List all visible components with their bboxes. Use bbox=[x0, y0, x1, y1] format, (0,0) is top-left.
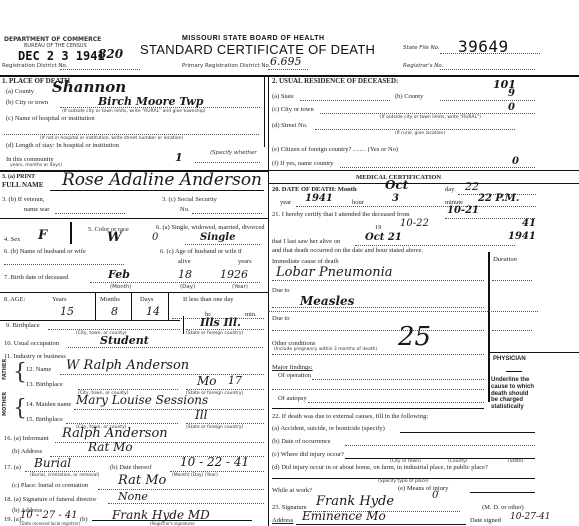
age-col-divider-1 bbox=[95, 292, 96, 320]
father-name-label: 12. Name bbox=[26, 366, 51, 373]
residence-county-line bbox=[440, 100, 535, 101]
state-file-label: State File No. bbox=[403, 45, 440, 51]
immediate-cause-label: Immediate cause of death bbox=[272, 258, 339, 265]
social-security-line bbox=[192, 213, 262, 214]
city-value: Birch Moore Twp bbox=[98, 95, 203, 108]
residence-city-line bbox=[320, 113, 535, 114]
community-line bbox=[195, 162, 260, 163]
duration-column-divider bbox=[488, 252, 490, 402]
autopsy-line-2 bbox=[272, 408, 484, 409]
physician-address-label: Address bbox=[272, 517, 293, 524]
veteran-label: 3. (b) If veteran, bbox=[2, 196, 44, 203]
date-of-death-label: 20. DATE OF DEATH: Month bbox=[272, 186, 357, 193]
received-stamp-date: DEC 2 3 1941 bbox=[18, 49, 105, 63]
death-day-value: 22 bbox=[465, 180, 479, 193]
physician-signature-code: 0 bbox=[432, 490, 438, 501]
burial-date-note: (Month) (Day) (Year) bbox=[172, 473, 218, 478]
mother-birthplace-state-note: (State or foreign country) bbox=[186, 425, 243, 430]
sex-code-bar bbox=[70, 222, 72, 244]
cause-code: 25 bbox=[398, 322, 431, 352]
burial-place-label: (c) Place: burial or cremation bbox=[12, 482, 88, 489]
mother-maiden-line bbox=[74, 409, 264, 410]
physician-box-title: PHYSICIAN bbox=[493, 356, 526, 362]
mother-birthplace-city-line bbox=[66, 423, 178, 424]
age-divider bbox=[0, 320, 180, 321]
native-country-value: 0 bbox=[512, 156, 519, 167]
death-minute-value: 22 P.M. bbox=[478, 193, 519, 204]
hospital-label: (c) Name of hospital or institution bbox=[6, 115, 95, 122]
social-security-label: 3. (c) Social Security bbox=[162, 196, 217, 203]
last-saw-label: that I last saw her alive on bbox=[272, 238, 340, 245]
city-note: (If outside city or town limits, write "… bbox=[62, 109, 206, 114]
residence-city-note: (If outside city or town limits, write "… bbox=[380, 115, 481, 120]
father-name-value: W Ralph Anderson bbox=[66, 358, 189, 373]
injury-place-note: (Specify type of place) bbox=[378, 479, 429, 484]
usual-residence-label: 2. USUAL RESIDENCE OF DECEASED: bbox=[272, 77, 398, 85]
attended-to-label: 19 bbox=[375, 224, 382, 231]
father-birthplace-code: 17 bbox=[228, 374, 242, 387]
length-of-stay-label: (d) Length of stay: In hospital or insti… bbox=[6, 142, 119, 149]
native-country-line bbox=[340, 167, 535, 168]
accident-line bbox=[400, 432, 535, 433]
street-note: (If rural, give location) bbox=[395, 131, 445, 136]
length-of-stay-note: (Specify whether bbox=[210, 150, 257, 156]
funeral-director-label: 18. (a) Signature of funeral director bbox=[4, 496, 96, 503]
marital-status-value: Single bbox=[200, 232, 235, 243]
birth-year-label: (Year) bbox=[232, 284, 248, 290]
age-header-days: Days bbox=[140, 296, 153, 303]
operation-line bbox=[312, 379, 484, 380]
alive-label: alive bbox=[178, 258, 191, 265]
sex-value: F bbox=[38, 228, 47, 243]
birth-day-value: 18 bbox=[178, 268, 192, 281]
city-label: (b) City or town bbox=[6, 99, 48, 106]
years-label: years bbox=[238, 258, 252, 265]
accident-label: (a) Accident, suicide, or homicide (spec… bbox=[272, 425, 385, 432]
registration-district-label: Registration District No. bbox=[2, 63, 68, 69]
industry-label: 11. Industry or business bbox=[4, 353, 66, 360]
color-race-value: W bbox=[107, 230, 122, 245]
attended-to-value: 10-22 bbox=[400, 218, 429, 229]
burial-date-line bbox=[170, 471, 264, 472]
residence-city-label: (c) City or town bbox=[272, 106, 314, 113]
physician-box-top bbox=[488, 352, 579, 353]
physician-box-rule bbox=[506, 371, 522, 372]
burial-note: (Burial, cremation, or removal) bbox=[30, 473, 99, 478]
while-at-work-label: While at work? bbox=[272, 487, 312, 494]
physician-signature: Frank Hyde bbox=[316, 494, 394, 509]
due-to-label-1: Due to bbox=[272, 287, 290, 294]
external-causes-label: 22. If death was due to external causes,… bbox=[272, 413, 428, 420]
death-month-value: Oct bbox=[385, 178, 408, 192]
father-birthplace-state-line bbox=[186, 389, 264, 390]
mother-maiden-value: Mary Louise Sessions bbox=[76, 393, 208, 407]
sex-label: 4. Sex bbox=[4, 236, 20, 243]
md-label: (M. D. or other) bbox=[482, 504, 524, 511]
marital-code: 0 bbox=[152, 232, 158, 243]
due-to-line-2 bbox=[272, 330, 484, 331]
birthplace-label: 9. Birthplace bbox=[6, 322, 40, 329]
operation-label: Of operation bbox=[278, 372, 311, 379]
physician-box-note: Underline the cause to which death shoul… bbox=[491, 377, 535, 411]
full-name-value: Rose Adaline Anderson bbox=[62, 170, 262, 190]
mother-group-label: MOTHER bbox=[2, 392, 8, 416]
attended-label: 21. I hereby certify that I attended the… bbox=[272, 211, 410, 218]
last-saw-year: 1941 bbox=[508, 231, 536, 242]
burial-label: 17. (a) bbox=[4, 464, 21, 471]
means-of-injury-label: (e) Means of injury bbox=[398, 485, 448, 492]
age-col-divider-2 bbox=[131, 292, 132, 320]
funeral-director-value: None bbox=[118, 490, 148, 503]
age-min-label: min. bbox=[245, 311, 257, 318]
spouse-name-line bbox=[4, 264, 124, 265]
burial-date-label: (b) Date thereof bbox=[110, 464, 152, 471]
registration-district-line bbox=[60, 69, 140, 70]
attended-to-year: 41 bbox=[522, 218, 536, 229]
registrar-no-label: Registrar's No. bbox=[403, 63, 444, 69]
last-saw-value: Oct 21 bbox=[365, 232, 402, 243]
social-security-no-label: No. bbox=[180, 206, 190, 213]
burial-date-value: 10 - 22 - 41 bbox=[180, 455, 249, 469]
mother-birthplace-state: Ill bbox=[195, 408, 207, 422]
other-conditions-line bbox=[272, 354, 484, 355]
birth-date-label: 7. Birth date of deceased bbox=[4, 274, 68, 281]
immediate-duration-line bbox=[492, 280, 532, 281]
where-note-state: (State) bbox=[508, 459, 523, 464]
injury-place-label: (d) Did injury occur in or about home, o… bbox=[272, 464, 488, 471]
birth-month-label: (Month) bbox=[110, 284, 132, 290]
informant-address-label: (b) Address bbox=[12, 448, 42, 455]
autopsy-line bbox=[308, 402, 484, 403]
residence-city-value: 0 bbox=[508, 102, 515, 113]
where-injury-label: (c) Where did injury occur? bbox=[272, 451, 344, 458]
spouse-name-label: 6. (b) Name of husband or wife bbox=[4, 248, 86, 255]
certificate-title: STANDARD CERTIFICATE OF DEATH bbox=[140, 42, 375, 57]
residence-county-value: 9 bbox=[508, 88, 515, 99]
primary-registration-label: Primary Registration District No. bbox=[182, 63, 271, 69]
occupation-label: 10. Usual occupation bbox=[4, 340, 59, 347]
informant-line bbox=[55, 442, 264, 443]
community-label: In this community bbox=[6, 156, 54, 163]
age-days-value: 14 bbox=[146, 305, 160, 318]
burial-line bbox=[25, 471, 95, 472]
burial-value: Burial bbox=[34, 456, 71, 470]
column-divider-top bbox=[264, 75, 265, 147]
father-group-label: FATHER bbox=[2, 359, 8, 380]
state-file-line bbox=[440, 53, 540, 54]
department-label: DEPARTMENT OF COMMERCE bbox=[4, 36, 101, 43]
registrar-no-line bbox=[440, 69, 535, 70]
immediate-cause-line bbox=[272, 280, 484, 281]
means-of-injury-line bbox=[470, 492, 535, 493]
death-occurred-label: and that death occurred on the date and … bbox=[272, 247, 423, 254]
autopsy-label: Of autopsy bbox=[278, 395, 307, 402]
birthplace-value: Ills Ill. bbox=[200, 316, 241, 329]
birthplace-divider bbox=[183, 316, 184, 334]
registrar-b-label: (b) bbox=[80, 516, 88, 523]
birth-month-value: Feb bbox=[108, 268, 130, 281]
print-label: 3. (a) PRINT bbox=[2, 174, 35, 180]
age-header-less-than-day: If less than one day bbox=[183, 296, 234, 303]
occupation-line bbox=[68, 347, 263, 348]
death-hour-label: hour bbox=[352, 199, 364, 206]
informant-label: 16. (a) Informant bbox=[4, 435, 49, 442]
age-years-value: 15 bbox=[60, 305, 74, 318]
physician-address-line bbox=[296, 524, 466, 525]
birthplace-state-line bbox=[186, 329, 264, 330]
birthplace-state-note: (State or foreign country) bbox=[186, 331, 243, 336]
hospital-line bbox=[4, 134, 259, 135]
mother-birthplace-state-line bbox=[186, 423, 264, 424]
hospital-note: (If not in hospital or institution, writ… bbox=[40, 136, 183, 141]
mother-maiden-label: 14. Maiden name bbox=[26, 401, 71, 408]
where-injury-line bbox=[345, 458, 535, 459]
residence-county-label: (b) County bbox=[395, 93, 423, 100]
marital-line bbox=[185, 244, 260, 245]
age-col-divider-3 bbox=[168, 292, 169, 320]
citizen-label: (e) Citizen of foreign country? ........… bbox=[272, 146, 398, 153]
occupation-value: Student bbox=[100, 334, 149, 347]
due-to-duration-line bbox=[492, 330, 532, 331]
other-conditions-label: Other conditions bbox=[272, 340, 316, 347]
death-year-value: 1941 bbox=[305, 193, 333, 204]
due-to-line-1 bbox=[272, 307, 484, 308]
burial-place-value: Rat Mo bbox=[118, 473, 166, 488]
war-line bbox=[55, 213, 125, 214]
attended-from-value: 10-21 bbox=[447, 205, 479, 216]
street-line bbox=[315, 129, 515, 130]
community-value: 1 bbox=[175, 151, 183, 164]
community-note: years, months or days) bbox=[10, 163, 62, 168]
street-label: (d) Street No. bbox=[272, 122, 308, 129]
age-months-value: 8 bbox=[111, 305, 118, 318]
birth-divider bbox=[0, 292, 268, 293]
native-country-label: (f) If yes, name country bbox=[272, 160, 334, 167]
duration-label: Duration bbox=[493, 256, 517, 263]
state-label: (a) State bbox=[272, 93, 294, 100]
informant-address-value: Rat Mo bbox=[88, 440, 133, 454]
father-birthplace-label: 13. Birthplace bbox=[26, 381, 63, 388]
major-findings-label: Major findings: bbox=[272, 364, 313, 371]
registrar-signature-note: (Registrar's signature) bbox=[150, 521, 195, 526]
stamp-code: 820 bbox=[98, 47, 123, 61]
name-divider bbox=[0, 218, 268, 219]
primary-registration-line bbox=[268, 69, 308, 70]
birth-year-value: 1926 bbox=[220, 268, 248, 281]
operation-line-2 bbox=[272, 389, 484, 390]
funeral-director-line bbox=[108, 503, 264, 504]
father-birthplace-city-line bbox=[78, 389, 178, 390]
medical-divider bbox=[268, 183, 579, 184]
full-name-label: FULL NAME bbox=[2, 181, 43, 189]
war-label: name war bbox=[24, 206, 49, 213]
father-brace: { bbox=[13, 362, 27, 384]
due-to-separator bbox=[268, 311, 538, 312]
death-day-label: day bbox=[445, 186, 454, 193]
age-label: 8. AGE: bbox=[4, 296, 25, 303]
column-divider bbox=[268, 75, 269, 526]
informant-value: Ralph Anderson bbox=[62, 426, 168, 441]
filed-date-value: 10 - 27 - 41 bbox=[20, 510, 78, 521]
primary-registration-value: 6.695 bbox=[270, 55, 302, 68]
birthplace-city-line bbox=[48, 329, 180, 330]
other-conditions-note: (Include pregnancy within 3 months of de… bbox=[274, 347, 377, 352]
marital-status-label: 6. (a) Single, widowed, married, divorce… bbox=[156, 224, 264, 231]
father-birthplace-state: Mo bbox=[197, 374, 217, 388]
age-header-months: Months bbox=[100, 296, 120, 303]
board-label: MISSOURI STATE BOARD OF HEALTH bbox=[182, 35, 325, 42]
filed-label: 19. (a) bbox=[4, 516, 21, 523]
due-to-label-2: Due to bbox=[272, 315, 290, 322]
date-of-occurrence-label: (b) Date of occurrence bbox=[272, 438, 331, 445]
death-time-line bbox=[296, 206, 536, 207]
mother-brace: { bbox=[13, 398, 27, 420]
residence-divider bbox=[268, 170, 579, 171]
full-name-line bbox=[50, 190, 264, 191]
county-value: Shannon bbox=[52, 78, 126, 96]
date-signed-value: 10-27-41 bbox=[510, 512, 550, 522]
birth-date-line bbox=[90, 282, 260, 283]
county-label: (a) County bbox=[6, 88, 34, 95]
death-hour-value: 3 bbox=[392, 193, 399, 204]
physician-address-value: Eminence Mo bbox=[302, 509, 386, 523]
spouse-age-label: 6. (c) Age of husband or wife if bbox=[160, 248, 242, 255]
mother-birthplace-label: 15. Birthplace bbox=[26, 416, 63, 423]
death-year-label: year bbox=[280, 199, 291, 206]
filed-date-note: (Date received local registrar) bbox=[20, 521, 80, 526]
state-line bbox=[300, 100, 390, 101]
due-to-value: Measles bbox=[300, 294, 354, 308]
birth-day-label: (Day) bbox=[180, 284, 195, 290]
immediate-cause-value: Lobar Pneumonia bbox=[276, 265, 393, 280]
date-of-occurrence-line bbox=[345, 445, 535, 446]
last-saw-line bbox=[355, 245, 515, 246]
date-signed-label: Date signed bbox=[470, 517, 501, 524]
age-header-years: Years bbox=[52, 296, 67, 303]
